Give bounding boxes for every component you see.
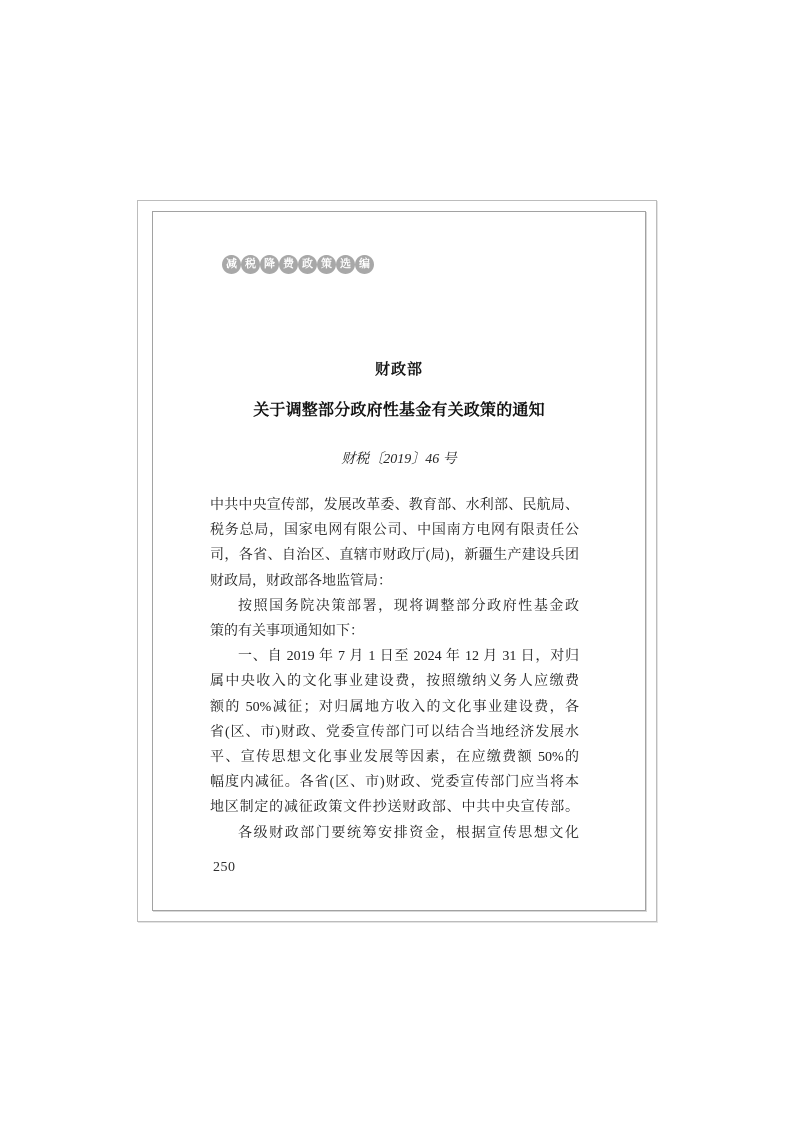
document-body: 中共中央宣传部，发展改革委、教育部、水利部、民航局、 税务总局，国家电网有限公司… <box>210 493 579 846</box>
issuing-agency: 财政部 <box>153 358 645 379</box>
body-line: 司，各省、自治区、直辖市财政厅(局)，新疆生产建设兵团 <box>210 543 579 568</box>
series-title-stamp: 减 税 降 费 政 策 选 编 <box>222 255 374 274</box>
body-line: 地区制定的减征政策文件抄送财政部、中共中央宣传部。 <box>210 795 579 820</box>
body-line: 属中央收入的文化事业建设费，按照缴纳义务人应缴费 <box>210 669 579 694</box>
body-line: 财政局，财政部各地监管局： <box>210 569 579 594</box>
body-line: 各级财政部门要统筹安排资金，根据宣传思想文化 <box>210 821 579 846</box>
page-number: 250 <box>213 860 236 876</box>
scanned-book-page: { "stamp": { "color": "#a8a8a8", "charac… <box>0 0 793 1122</box>
stamp-character: 税 <box>241 255 260 274</box>
body-line: 按照国务院决策部署，现将调整部分政府性基金政 <box>210 594 579 619</box>
stamp-character: 选 <box>336 255 355 274</box>
body-line: 策的有关事项通知如下： <box>210 619 579 644</box>
page-border-outer: 减 税 降 费 政 策 选 编 财政部 关于调整部分政府性基金有关政策的通知 财… <box>137 200 657 922</box>
body-line: 平、宣传思想文化事业发展等因素，在应缴费额 50%的 <box>210 745 579 770</box>
body-line: 额的 50%减征；对归属地方收入的文化事业建设费，各 <box>210 695 579 720</box>
body-line: 省(区、市)财政、党委宣传部门可以结合当地经济发展水 <box>210 720 579 745</box>
body-line: 税务总局，国家电网有限公司、中国南方电网有限责任公 <box>210 518 579 543</box>
page-border-inner: 减 税 降 费 政 策 选 编 财政部 关于调整部分政府性基金有关政策的通知 财… <box>152 211 646 911</box>
body-line: 中共中央宣传部，发展改革委、教育部、水利部、民航局、 <box>210 493 579 518</box>
body-line: 一、自 2019 年 7 月 1 日至 2024 年 12 月 31 日，对归 <box>210 644 579 669</box>
stamp-character: 减 <box>222 255 241 274</box>
stamp-character: 费 <box>279 255 298 274</box>
body-line: 幅度内减征。各省(区、市)财政、党委宣传部门应当将本 <box>210 770 579 795</box>
stamp-character: 编 <box>355 255 374 274</box>
stamp-character: 政 <box>298 255 317 274</box>
stamp-character: 降 <box>260 255 279 274</box>
stamp-character: 策 <box>317 255 336 274</box>
document-number: 财税〔2019〕46 号 <box>153 448 645 468</box>
document-title: 关于调整部分政府性基金有关政策的通知 <box>153 397 645 420</box>
